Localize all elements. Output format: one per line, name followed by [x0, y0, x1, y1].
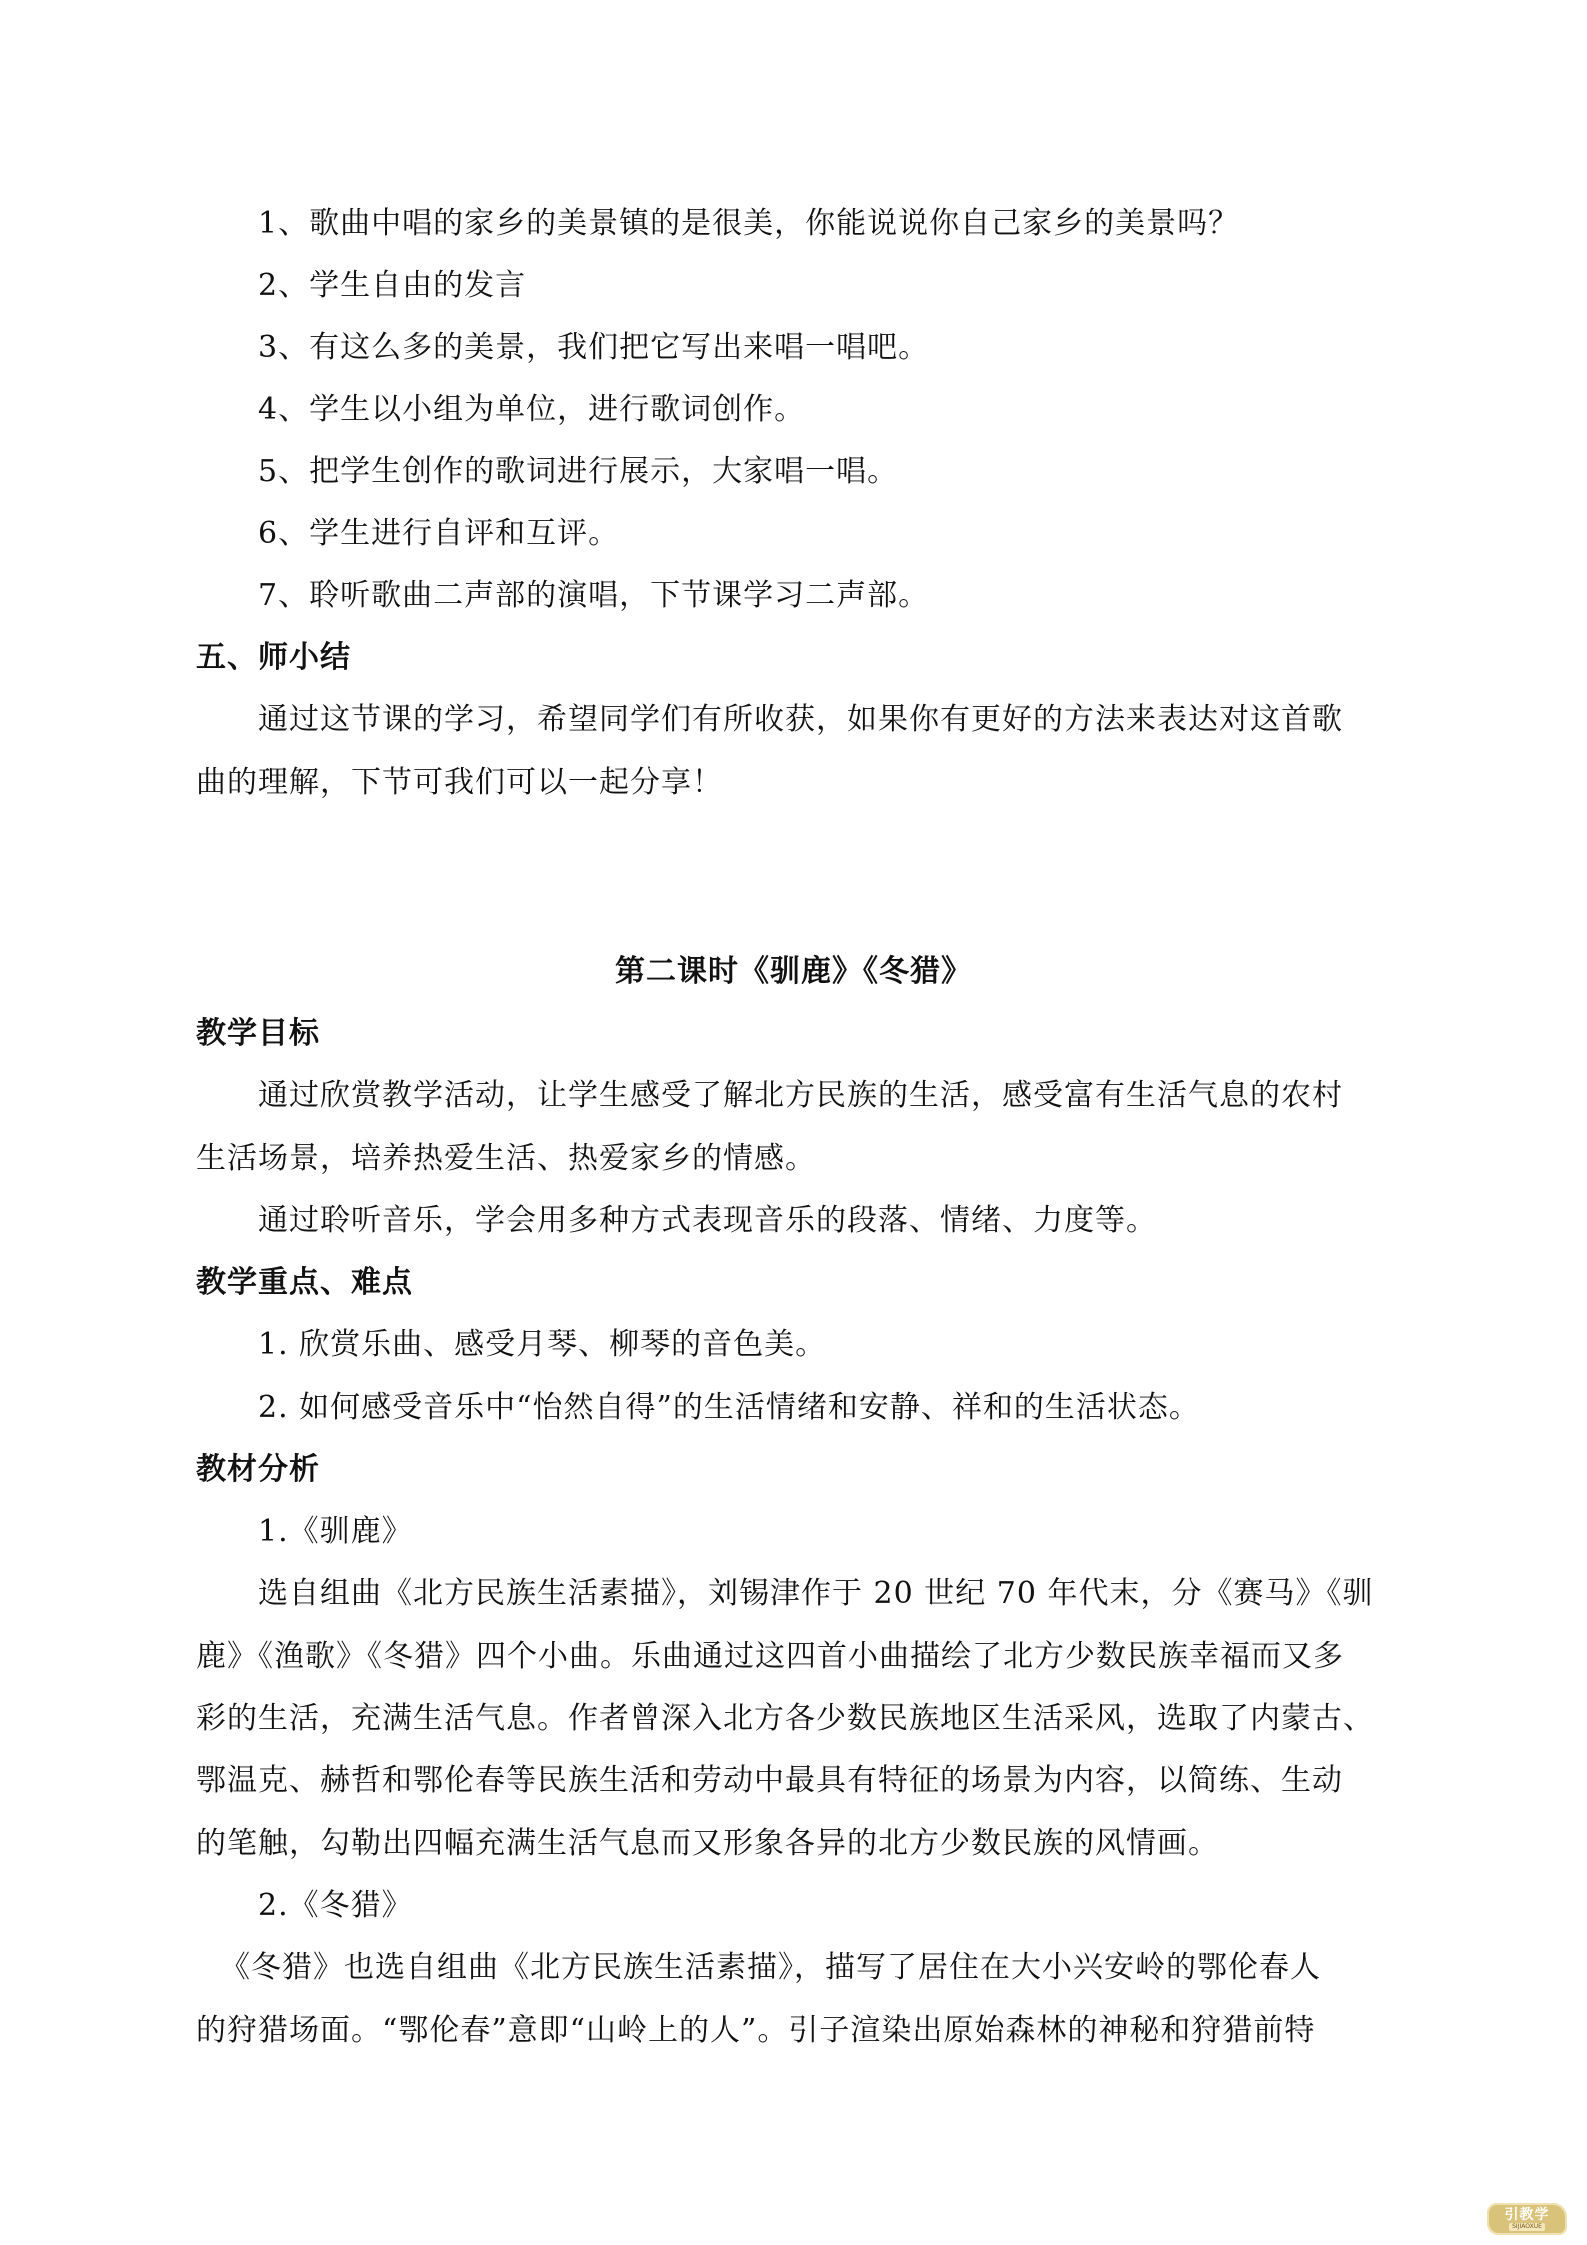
watermark-subtext: SIJIAOXUE [1509, 2223, 1545, 2231]
analysis-heading: 教材分析 [196, 1450, 320, 1490]
objectives-line-2: 生活场景，培养热爱生活、热爱家乡的情感。 [196, 1139, 816, 1179]
watermark-text: 引教学 [1505, 2207, 1550, 2223]
step-item-6: 6、学生进行自评和互评。 [258, 514, 619, 554]
step-item-2: 2、学生自由的发言 [258, 266, 526, 306]
analysis-item-1-line-2: 鹿》《渔歌》《冬猎》四个小曲。乐曲通过这四首小曲描绘了北方少数民族幸福而又多 [196, 1637, 1344, 1677]
summary-paragraph-line-2: 曲的理解，下节可我们可以一起分享！ [196, 763, 723, 803]
step-item-3: 3、有这么多的美景，我们把它写出来唱一唱吧。 [258, 328, 929, 368]
analysis-item-1-line-3: 彩的生活，充满生活气息。作者曾深入北方各少数民族地区生活采风，选取了内蒙古、 [196, 1699, 1374, 1739]
step-item-5: 5、把学生创作的歌词进行展示，大家唱一唱。 [258, 452, 898, 492]
key-point-item-1: 1. 欣赏乐曲、感受月琴、柳琴的音色美。 [258, 1325, 826, 1365]
objectives-heading: 教学目标 [196, 1014, 320, 1054]
analysis-item-1-line-1: 选自组曲《北方民族生活素描》，刘锡津作于 20 世纪 70 年代末，分《赛马》《… [258, 1574, 1374, 1614]
analysis-item-1-line-4: 鄂温克、赫哲和鄂伦春等民族生活和劳动中最具有特征的场景为内容，以简练、生动 [196, 1761, 1343, 1801]
document-page: 1、歌曲中唱的家乡的美景镇的是很美，你能说说你自己家乡的美景吗？ 2、学生自由的… [0, 0, 1587, 2245]
step-item-4: 4、学生以小组为单位，进行歌词创作。 [258, 390, 805, 430]
objectives-line-1: 通过欣赏教学活动，让学生感受了解北方民族的生活，感受富有生活气息的农村 [258, 1076, 1343, 1116]
key-points-heading: 教学重点、难点 [196, 1263, 413, 1303]
analysis-item-1-title: 1.《驯鹿》 [258, 1512, 413, 1552]
analysis-item-2-line-2: 的狩猎场面。“鄂伦春”意即“山岭上的人”。引子渲染出原始森林的神秘和狩猎前特 [196, 2011, 1315, 2051]
analysis-item-1-line-5: 的笔触，勾勒出四幅充满生活气息而又形象各异的北方少数民族的风情画。 [196, 1824, 1219, 1864]
analysis-item-2-title: 2.《冬猎》 [258, 1886, 413, 1926]
step-item-1: 1、歌曲中唱的家乡的美景镇的是很美，你能说说你自己家乡的美景吗？ [258, 204, 1239, 244]
summary-paragraph-line-1: 通过这节课的学习，希望同学们有所收获，如果你有更好的方法来表达对这首歌 [258, 700, 1343, 740]
analysis-item-2-line-1: 《冬猎》也选自组曲《北方民族生活素描》，描写了居住在大小兴安岭的鄂伦春人 [220, 1948, 1321, 1988]
lesson-title: 第二课时《驯鹿》《冬猎》 [0, 952, 1587, 992]
step-item-7: 7、聆听歌曲二声部的演唱，下节课学习二声部。 [258, 576, 929, 616]
objectives-line-3: 通过聆听音乐，学会用多种方式表现音乐的段落、情绪、力度等。 [258, 1201, 1157, 1241]
summary-heading: 五、师小结 [196, 638, 351, 678]
watermark-logo: 引教学 SIJIAOXUE [1487, 2203, 1567, 2235]
key-point-item-2: 2. 如何感受音乐中“怡然自得”的生活情绪和安静、祥和的生活状态。 [258, 1388, 1200, 1428]
